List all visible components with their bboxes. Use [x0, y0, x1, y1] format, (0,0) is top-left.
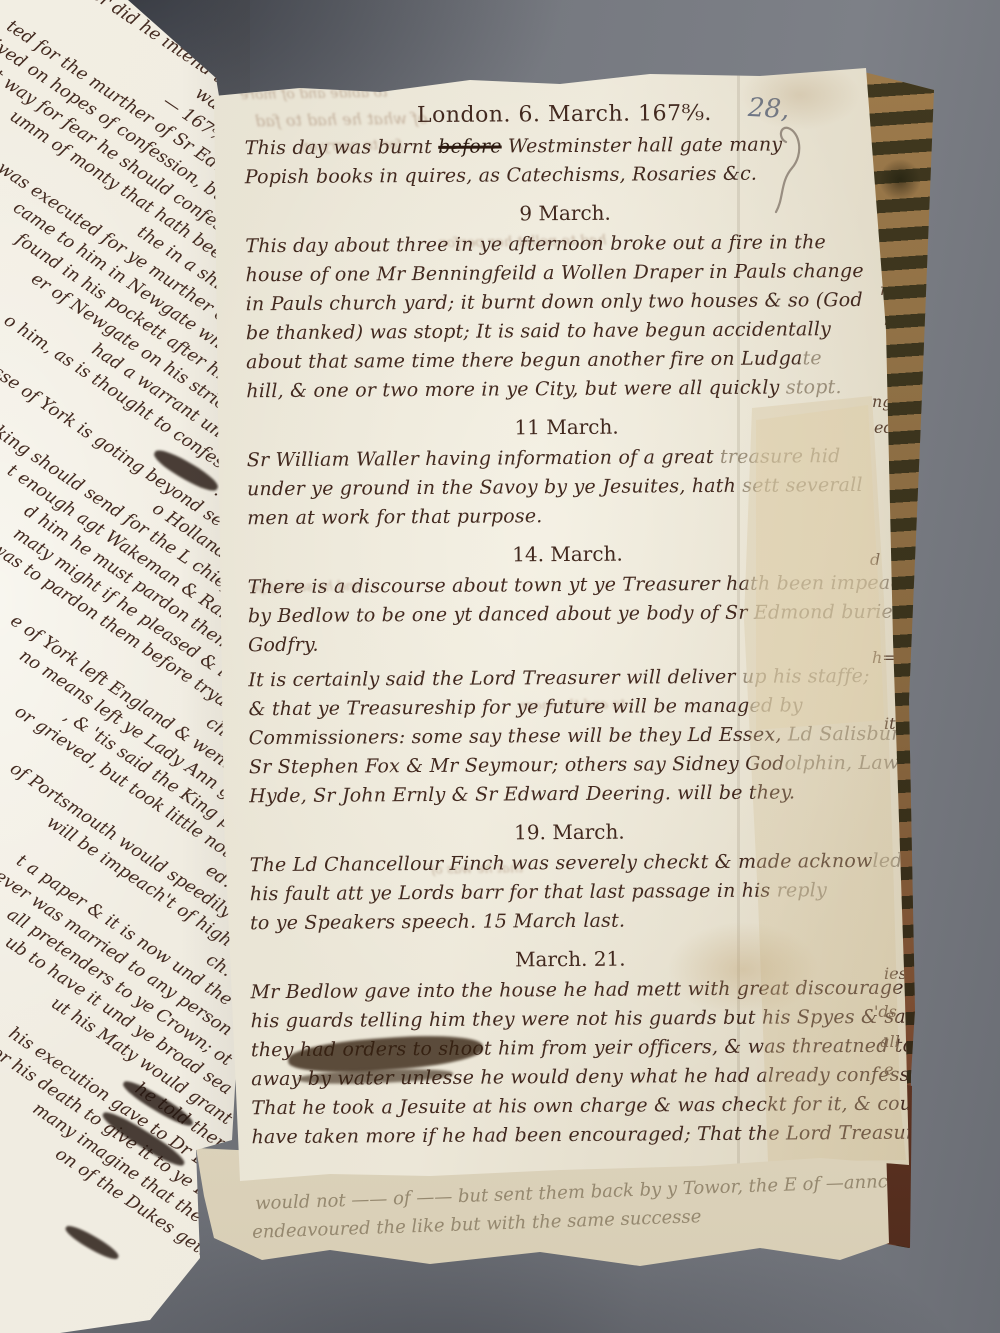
margin-fragment: 'ds: [874, 1002, 897, 1021]
manuscript-line: Sr William Waller having information of …: [247, 442, 887, 475]
manuscript-line: This day was burnt before Westminster ha…: [245, 130, 885, 163]
entry-date-heading: 9 March.: [245, 194, 885, 232]
ink-text: his guards telling him they were not his…: [251, 1006, 925, 1033]
entry-date-heading: 19. March.: [249, 813, 889, 851]
manuscript-line: That he took a Jesuite at his own charge…: [251, 1090, 891, 1123]
faded-text: olphin, Lawrence: [784, 751, 954, 774]
faded-text: te: [802, 347, 821, 369]
manuscript-line: his guards telling him they were not his…: [251, 1003, 891, 1036]
margin-fragment: all: [880, 1032, 900, 1051]
journal-entry: 14. March.There is a discourse about tow…: [247, 535, 888, 660]
ink-text: about that same time there begun another…: [246, 347, 803, 373]
ink-text: This day about three in ye afternoon bro…: [245, 231, 826, 257]
manuscript-line: Sr Stephen Fox & Mr Seymour; others say …: [249, 749, 889, 782]
ink-text: Popish books in quires, as Catechisms, R…: [245, 163, 757, 189]
manuscript-line: This day about three in ye afternoon bro…: [245, 228, 885, 261]
manuscript-photo: would not —— of —— but sent them back by…: [0, 0, 1000, 1333]
manuscript-content: London. 6. March. 167⁸⁄₉. This day was b…: [244, 96, 891, 1158]
margin-fragment: e: [884, 1060, 893, 1079]
entry-date-heading: 14. March.: [247, 535, 887, 573]
journal-entry: 19. March.The Ld Chancellour Finch was s…: [249, 813, 890, 938]
ink-text: This day was burnt: [245, 136, 439, 159]
faded-text: treasure hid: [720, 445, 841, 468]
faded-text: ed by: [749, 694, 802, 716]
entries: This day was burnt before Westminster ha…: [245, 130, 892, 1152]
manuscript-line: men at work for that purpose.: [247, 500, 887, 533]
journal-entry: 11 March.Sr William Waller having inform…: [246, 408, 887, 533]
manuscript-line: Hyde, Sr John Ernly & Sr Edward Deering.…: [249, 778, 889, 811]
ink-text: Westminster hall gate many: [502, 133, 783, 157]
manuscript-line: The Ld Chancellour Finch was severely ch…: [250, 847, 890, 880]
ink-text: his fault att ye Lords barr for that las…: [250, 880, 777, 906]
manuscript-line: his fault att ye Lords barr for that las…: [250, 876, 890, 909]
journal-entry: It is certainly said the Lord Treasurer …: [248, 662, 889, 811]
manuscript-line: Godfry.: [248, 627, 888, 660]
dateline: London. 6. March. 167⁸⁄₉.: [244, 96, 884, 134]
ink-text: be thanked) was stopt; It is said to hav…: [246, 318, 831, 344]
ink-text: by Bedlow to be one yt danced about ye b…: [248, 602, 754, 628]
ink-text: hill, & one or two more in ye City, but …: [246, 376, 786, 402]
margin-fragment: d: [870, 550, 880, 569]
manuscript-line: in Pauls church yard; it burnt down only…: [246, 286, 886, 319]
manuscript-line: hill, & one or two more in ye City, but …: [246, 373, 886, 406]
faded-text: reply: [777, 879, 827, 901]
faded-text: up his staffe;: [742, 665, 870, 688]
entry-date-heading: 11 March.: [246, 408, 886, 446]
manuscript-line: There is a discourse about town yt ye Tr…: [248, 569, 888, 602]
manuscript-line: It is certainly said the Lord Treasurer …: [248, 662, 888, 695]
journal-entry: 9 March.This day about three in ye after…: [245, 194, 886, 406]
ink-text: Godfry.: [248, 634, 319, 656]
ink-text: There is a discourse about town yt ye Tr…: [248, 573, 751, 599]
margin-fragment: h=: [872, 648, 896, 667]
ink-text: to ye Speakers speech. 15 March last.: [250, 910, 625, 935]
manuscript-line: Commissioners: some say these will be th…: [249, 720, 889, 753]
ink-text: & that ye Treasureship for ye future wil…: [248, 695, 749, 720]
ink-text: Hyde, Sr John Ernly & Sr Edward Deering.…: [249, 781, 795, 807]
faded-text: stopt.: [786, 376, 842, 398]
manuscript-line: Mr Bedlow gave into the house he had met…: [250, 974, 890, 1007]
faded-text: Edmond burie: [754, 601, 893, 624]
ink-text: Mr Bedlow gave into the house he had met…: [250, 976, 939, 1003]
ink-blot: [63, 1222, 121, 1263]
ink-text: It is certainly said the Lord Treasurer …: [248, 666, 742, 691]
entry-date-heading: March. 21.: [250, 940, 890, 978]
faded-text: sett severall: [742, 474, 863, 497]
ink-text: house of one Mr Benningfeild a Wollen Dr…: [245, 260, 863, 286]
blotted-word: before: [438, 135, 502, 157]
manuscript-line: by Bedlow to be one yt danced about ye b…: [248, 598, 888, 631]
manuscript-line: house of one Mr Benningfeild a Wollen Dr…: [245, 257, 885, 290]
manuscript-line: about that same time there begun another…: [246, 344, 886, 377]
ink-text: Commissioners: some say these will be th…: [249, 723, 788, 749]
manuscript-line: be thanked) was stopt; It is said to hav…: [246, 315, 886, 348]
ink-text: That he took a Jesuite at his own charge…: [251, 1092, 931, 1119]
manuscript-line: Popish books in quires, as Catechisms, R…: [245, 159, 885, 192]
manuscript-line: under ye ground in the Savoy by ye Jesui…: [247, 471, 887, 504]
ink-text: under ye ground in the Savoy by ye Jesui…: [247, 475, 742, 500]
margin-fragment: it: [884, 714, 896, 733]
under-page-line: would not —— of —— but sent them back by…: [255, 1171, 898, 1214]
faded-text: ledge: [872, 850, 926, 872]
ink-text: Sr Stephen Fox & Mr Seymour; others say …: [249, 752, 785, 778]
ink-text: Sr William Waller having information of …: [247, 446, 720, 471]
margin-fragment: ies: [884, 964, 907, 983]
journal-entry: This day was burnt before Westminster ha…: [245, 130, 885, 192]
manuscript-line: to ye Speakers speech. 15 March last.: [250, 905, 890, 938]
manuscript-line: & that ye Treasureship for ye future wil…: [248, 691, 888, 724]
ink-text: in Pauls church yard; it burnt down only…: [246, 289, 863, 315]
manuscript-line: have taken more if he had been encourage…: [251, 1119, 891, 1152]
ink-text: The Ld Chancellour Finch was severely ch…: [250, 850, 873, 876]
ink-text: men at work for that purpose.: [247, 505, 542, 529]
ink-text: have taken more if he had been encourage…: [251, 1121, 935, 1148]
